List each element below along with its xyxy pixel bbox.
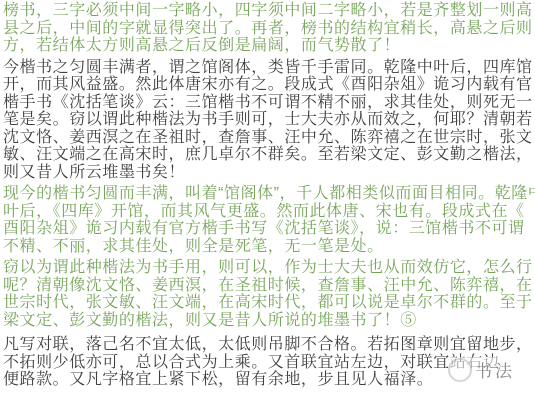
text-line: 楷手书《沈括笔谈》云：三馆楷书不可谓不精不丽，求其佳处，则死无一 [3,94,535,112]
text-line: 世宗时代，张文敏、汪文端，在高宋时代，都可以说是卓尔不群的。至于 [3,294,535,312]
text-line: 呢？清朝像沈文恪、姜西溟，在圣祖时候，查詹事、汪中允、陈弈禧，在 [3,277,535,295]
text-line: 敏、汪文端之在高宋时，庶几卓尔不群矣。至若梁文定、彭文勤之楷法， [3,146,535,164]
text-line: 则又昔人所云堆墨书矣！ [3,164,535,182]
text-line: 窃以为谓此种楷法为书手用，则可以，作为士大夫也从而效仿它，怎么行 [3,259,535,277]
text-line: 今楷书之匀圆丰满者，谓之馆阁体，类皆千手雷同。乾隆中叶后，四库馆 [3,59,535,77]
paragraph-guangeti-original: 今楷书之匀圆丰满者，谓之馆阁体，类皆千手雷同。乾隆中叶后，四库馆开，而其风益盛。… [3,59,535,182]
text-line: 酉阳杂俎》诡习内载有官方楷手书写《沈括笔谈》，说：三馆楷书不可谓 [3,220,535,238]
text-line: 沈文恪、姜西溟之在圣祖时，查詹事、汪中允、陈弈禧之在世宗时，张文 [3,129,535,147]
text-line: 叶后，《四库》开馆，而其风气更盛。然而此体唐、宋也有。段成式在《 [3,203,535,221]
text-line: 不精、不丽，求其佳处，则全是死笔，无一笔是处。 [3,238,535,256]
watermark-text: 书法 [475,357,515,382]
text-line: 现今的楷书匀圆而丰满，叫着“馆阁体”，千人都相类似而面目相同。乾隆中 [3,185,535,203]
text-line: 凡写对联，落己名不宜太低，太低则吊脚不合格。若拓图章则宜留地步， [3,336,535,354]
watermark: 书法 [448,357,534,382]
text-line: 方，若结体太方则高悬之后反倒是扁阔，而气势散了！ [3,37,535,55]
paragraph-guangeti-translation-a: 现今的楷书匀圆而丰满，叫着“馆阁体”，千人都相类似而面目相同。乾隆中叶后，《四库… [3,185,535,255]
text-line: 开，而其风益盛。然此体唐宋亦有之。段成式《酉阳杂俎》诡习内载有官 [3,76,535,94]
text-line: 县之后，中间的字就显得突出了。再者，榜书的结构宜稍长，高悬之后则 [3,20,535,38]
document-page: 榜书，三字必须中间一字略小，四字须中间二字略小，若是齐整划一则高县之后，中间的字… [0,0,535,399]
text-line: 梁文定、彭文勤的楷法，则又是昔人所说的堆墨书了！⑤ [3,312,535,330]
watermark-seal-icon [448,358,472,382]
text-line: 笔是矣。窃以谓此种楷法为书手则可，士大夫亦从而效之，何耶？清朝若 [3,111,535,129]
paragraph-bangshu-note: 榜书，三字必须中间一字略小，四字须中间二字略小，若是齐整划一则高县之后，中间的字… [3,2,535,55]
text-line: 榜书，三字必须中间一字略小，四字须中间二字略小，若是齐整划一则高 [3,2,535,20]
article-text: 榜书，三字必须中间一字略小，四字须中间二字略小，若是齐整划一则高县之后，中间的字… [3,2,535,389]
paragraph-guangeti-translation-b: 窃以为谓此种楷法为书手用，则可以，作为士大夫也从而效仿它，怎么行呢？清朝像沈文恪… [3,259,535,329]
